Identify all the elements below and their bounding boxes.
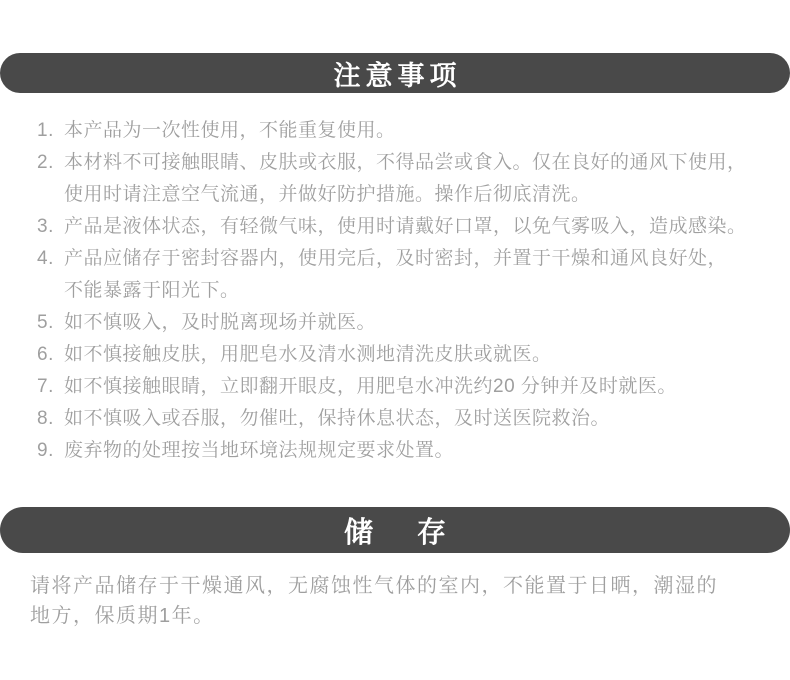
notice-item: 2.本材料不可接触眼睛、皮肤或衣服，不得品尝或食入。仅在良好的通风下使用，使用时… [37,147,780,211]
notice-item-text: 产品是液体状态，有轻微气味，使用时请戴好口罩，以免气雾吸入，造成感染。 [64,211,780,243]
notice-item: 4.产品应储存于密封容器内，使用完后，及时密封，并置于干燥和通风良好处，不能暴露… [37,243,780,307]
storage-text-line: 地方，保质期1年。 [30,601,770,631]
notice-item-number: 1. [37,115,64,147]
notice-section-badge: 注意事项 [0,53,790,93]
notice-item-line: 本产品为一次性使用，不能重复使用。 [64,115,780,147]
storage-section-badge-label: 储 存 [344,510,446,551]
notice-item-line: 使用时请注意空气流通，并做好防护措施。操作后彻底清洗。 [64,179,780,211]
notice-item-line: 如不慎接触皮肤，用肥皂水及清水测地清洗皮肤或就医。 [64,339,780,371]
notice-item: 7.如不慎接触眼睛，立即翻开眼皮，用肥皂水冲洗约20 分钟并及时就医。 [37,371,780,403]
notice-item-line: 废弃物的处理按当地环境法规规定要求处置。 [64,435,780,467]
notice-item-line: 本材料不可接触眼睛、皮肤或衣服，不得品尝或食入。仅在良好的通风下使用， [64,147,780,179]
notice-item-text: 如不慎接触皮肤，用肥皂水及清水测地清洗皮肤或就医。 [64,339,780,371]
storage-text: 请将产品储存于干燥通风，无腐蚀性气体的室内，不能置于日晒，潮湿的 地方，保质期1… [30,571,770,631]
notice-item-number: 6. [37,339,64,371]
product-notice-page: 注意事项 1.本产品为一次性使用，不能重复使用。2.本材料不可接触眼睛、皮肤或衣… [0,0,790,680]
page-body: { "colors": { "badge_bg": "#494949", "ba… [0,0,790,680]
notice-item-text: 如不慎吸入或吞服，勿催吐，保持休息状态，及时送医院救治。 [64,403,780,435]
notice-item-number: 8. [37,403,64,435]
notice-item-number: 7. [37,371,64,403]
notice-item-text: 如不慎接触眼睛，立即翻开眼皮，用肥皂水冲洗约20 分钟并及时就医。 [64,371,780,403]
storage-section-badge: 储 存 [0,507,790,553]
notice-item-text: 废弃物的处理按当地环境法规规定要求处置。 [64,435,780,467]
notice-item-number: 9. [37,435,64,467]
notice-item: 1.本产品为一次性使用，不能重复使用。 [37,115,780,147]
notice-item-text: 本材料不可接触眼睛、皮肤或衣服，不得品尝或食入。仅在良好的通风下使用，使用时请注… [64,147,780,211]
notice-item: 5.如不慎吸入，及时脱离现场并就医。 [37,307,780,339]
notice-item-text: 如不慎吸入，及时脱离现场并就医。 [64,307,780,339]
notice-item-text: 产品应储存于密封容器内，使用完后，及时密封，并置于干燥和通风良好处，不能暴露于阳… [64,243,780,307]
notice-item-number: 4. [37,243,64,275]
notice-item-number: 5. [37,307,64,339]
notice-item-line: 如不慎接触眼睛，立即翻开眼皮，用肥皂水冲洗约20 分钟并及时就医。 [64,371,780,403]
notice-item: 6.如不慎接触皮肤，用肥皂水及清水测地清洗皮肤或就医。 [37,339,780,371]
notice-item-number: 3. [37,211,64,243]
notice-item-line: 不能暴露于阳光下。 [64,275,780,307]
notice-item: 9.废弃物的处理按当地环境法规规定要求处置。 [37,435,780,467]
notice-item-number: 2. [37,147,64,179]
notice-item: 8.如不慎吸入或吞服，勿催吐，保持休息状态，及时送医院救治。 [37,403,780,435]
notice-item-line: 产品是液体状态，有轻微气味，使用时请戴好口罩，以免气雾吸入，造成感染。 [64,211,780,243]
storage-text-line: 请将产品储存于干燥通风，无腐蚀性气体的室内，不能置于日晒，潮湿的 [30,571,770,601]
notice-item-line: 产品应储存于密封容器内，使用完后，及时密封，并置于干燥和通风良好处， [64,243,780,275]
notice-section-badge-label: 注意事项 [329,54,462,93]
notice-item-text: 本产品为一次性使用，不能重复使用。 [64,115,780,147]
notice-item: 3.产品是液体状态，有轻微气味，使用时请戴好口罩，以免气雾吸入，造成感染。 [37,211,780,243]
notice-item-line: 如不慎吸入或吞服，勿催吐，保持休息状态，及时送医院救治。 [64,403,780,435]
notice-list: 1.本产品为一次性使用，不能重复使用。2.本材料不可接触眼睛、皮肤或衣服，不得品… [37,115,780,467]
notice-item-line: 如不慎吸入，及时脱离现场并就医。 [64,307,780,339]
